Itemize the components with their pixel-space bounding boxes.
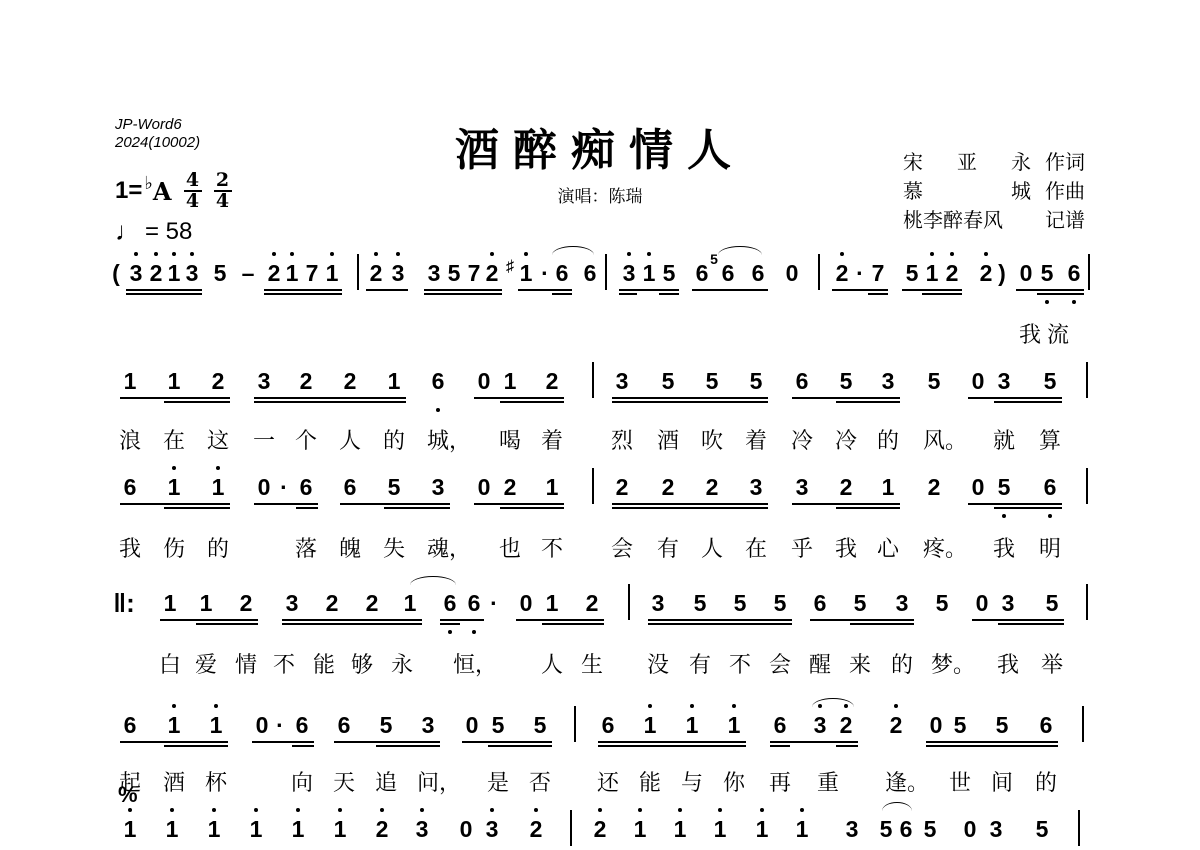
rhythm-underline — [264, 293, 342, 295]
note: 6 — [791, 366, 813, 396]
lyric-syllable: 冷 — [787, 424, 817, 455]
lyric-syllable: 不 — [269, 648, 299, 679]
tempo-marking: ♩ = 58 — [115, 216, 192, 247]
note: 3 — [618, 258, 640, 288]
note: 5 — [375, 710, 397, 740]
note: 5 — [487, 710, 509, 740]
note: 3 — [985, 814, 1007, 844]
note: 5 — [931, 588, 953, 618]
octave-up-dot — [678, 808, 682, 812]
rhythm-underline — [612, 397, 768, 399]
rhythm-underline — [164, 401, 230, 403]
barline — [574, 706, 576, 742]
note: 2 — [371, 814, 393, 844]
note: 1 — [321, 258, 343, 288]
barline — [1086, 362, 1088, 398]
note: 1 — [119, 366, 141, 396]
rhythm-underline — [376, 741, 440, 743]
note: 2 — [835, 472, 857, 502]
barline — [1078, 810, 1080, 846]
slur-arc — [552, 246, 594, 255]
staff-line-6: 111111230322111113565035% — [112, 814, 1092, 850]
note: 5 — [919, 814, 941, 844]
octave-up-dot — [648, 704, 652, 708]
note: 3 — [997, 588, 1019, 618]
lyric-syllable: 逢。 — [885, 766, 929, 797]
staff-line-2: 1123221601235556535035浪在这一个人的城，喝着烈酒吹着冷冷的… — [112, 366, 1092, 406]
lyric-syllable: 会 — [765, 648, 795, 679]
rhythm-underline — [868, 289, 888, 291]
rhythm-underline — [868, 293, 888, 295]
lyric-syllable: 的 — [203, 532, 233, 563]
rhythm-underline — [836, 401, 900, 403]
note: 0 — [473, 472, 495, 502]
lyric-syllable: 有 — [653, 532, 683, 563]
note: 0 — [971, 588, 993, 618]
rhythm-underline — [850, 619, 914, 621]
rhythm-underline — [994, 503, 1062, 505]
tempo-value: = 58 — [145, 218, 192, 246]
lyric-syllable: 的 — [379, 424, 409, 455]
lyric-syllable: 能 — [635, 766, 665, 797]
note: 5 — [529, 710, 551, 740]
note: 1 — [163, 366, 185, 396]
key-signature: 1= ♭ A 4 4 2 4 — [115, 172, 232, 210]
time-den: 4 — [186, 193, 199, 210]
note: 1 — [163, 710, 185, 740]
octave-down-dot — [1048, 514, 1052, 518]
note: 1 — [205, 710, 227, 740]
barline — [592, 468, 594, 504]
barline — [1086, 584, 1088, 620]
note: 0 — [1015, 258, 1037, 288]
rhythm-underline — [542, 623, 604, 625]
rhythm-underline — [922, 293, 962, 295]
note: 1 — [541, 472, 563, 502]
note: 5 — [729, 588, 751, 618]
lyric-syllable: 有 — [685, 648, 715, 679]
lyric-syllable: 浪 — [115, 424, 145, 455]
note: 5 — [875, 814, 897, 844]
credits-block: 宋亚永 作词 慕城 作曲 桃李醉春风 记谱 — [903, 148, 1085, 235]
note: 5 — [769, 588, 791, 618]
octave-down-dot — [1002, 514, 1006, 518]
octave-up-dot — [272, 252, 276, 256]
note: 3 — [791, 472, 813, 502]
rhythm-underline — [836, 397, 900, 399]
note: 6 — [1039, 472, 1061, 502]
octave-up-dot — [214, 704, 218, 708]
octave-up-dot — [374, 252, 378, 256]
barline — [1086, 468, 1088, 504]
note: 1 — [541, 588, 563, 618]
note: 1 — [287, 814, 309, 844]
notation-symbol: · — [483, 588, 505, 618]
note: 5 — [689, 588, 711, 618]
note: 1 — [329, 814, 351, 844]
note: 5 — [657, 366, 679, 396]
rhythm-underline — [196, 619, 258, 621]
lyric-syllable: 重 — [813, 766, 843, 797]
lyric-syllable: 酒 — [159, 766, 189, 797]
time-num: 4 — [186, 172, 199, 189]
note: 5 — [443, 258, 465, 288]
octave-up-dot — [800, 808, 804, 812]
note: 2 — [657, 472, 679, 502]
lyric-syllable: 天 — [329, 766, 359, 797]
note: 2 — [923, 472, 945, 502]
rhythm-underline — [994, 397, 1062, 399]
rhythm-underline — [488, 745, 552, 747]
note: 2 — [835, 710, 857, 740]
note: 0 — [781, 258, 803, 288]
note: 6 — [427, 366, 449, 396]
note: 1 — [245, 814, 267, 844]
note: 2 — [207, 366, 229, 396]
time-signature-4-4: 4 4 — [184, 172, 202, 210]
rhythm-underline — [196, 623, 258, 625]
slur-arc — [882, 802, 912, 811]
time-signature-2-4: 2 4 — [214, 172, 232, 210]
rhythm-underline — [998, 623, 1064, 625]
lyric-syllable: 你 — [719, 766, 749, 797]
lyric-syllable: 恒， — [453, 648, 497, 679]
note: 1 — [499, 366, 521, 396]
octave-up-dot — [172, 466, 176, 470]
rhythm-underline — [424, 289, 502, 291]
note: 5 — [993, 472, 1015, 502]
lyric-syllable: 的 — [873, 424, 903, 455]
octave-down-dot — [436, 408, 440, 412]
octave-up-dot — [490, 808, 494, 812]
lyric-syllable: 流 — [1043, 318, 1073, 349]
note: 0 — [967, 366, 989, 396]
note: 1 — [207, 472, 229, 502]
lyric-syllable: 烈 — [607, 424, 637, 455]
time-den: 4 — [216, 193, 229, 210]
note: 3 — [481, 814, 503, 844]
note: 1 — [399, 588, 421, 618]
octave-up-dot — [338, 808, 342, 812]
note: 6 — [895, 814, 917, 844]
octave-down-dot — [448, 630, 452, 634]
rhythm-underline — [264, 289, 342, 291]
rhythm-underline — [126, 293, 202, 295]
note: 3 — [841, 814, 863, 844]
notation-symbol: · — [269, 710, 291, 740]
note: 6 — [439, 588, 461, 618]
lyric-syllable: 人 — [697, 532, 727, 563]
note: 2 — [339, 366, 361, 396]
note: 2 — [589, 814, 611, 844]
flat-icon: ♭ — [144, 173, 153, 194]
lyric-syllable: 人 — [335, 424, 365, 455]
rhythm-underline — [1037, 293, 1084, 295]
lyric-syllable: 情 — [231, 648, 261, 679]
lyric-syllable: 在 — [159, 424, 189, 455]
note: 6 — [769, 710, 791, 740]
credit-role: 记谱 — [1045, 206, 1085, 235]
lyric-syllable: 酒 — [653, 424, 683, 455]
slur-arc — [812, 698, 854, 707]
notation-symbol: ‖: — [109, 588, 139, 618]
staff-line-5: 6110·6653055611163220556起酒杯向天追问，是否还能与你再重… — [112, 710, 1092, 750]
octave-up-dot — [396, 252, 400, 256]
lyric-syllable: 不 — [537, 532, 567, 563]
note: 3 — [809, 710, 831, 740]
notation-symbol: ( — [105, 258, 127, 288]
octave-up-dot — [690, 704, 694, 708]
note: 1 — [195, 588, 217, 618]
lyric-syllable: 也 — [495, 532, 525, 563]
lyric-syllable: 我 — [1015, 318, 1045, 349]
barline — [1082, 706, 1084, 742]
rhythm-underline — [440, 619, 460, 621]
note: 3 — [417, 710, 439, 740]
barline — [357, 254, 359, 290]
note: 6 — [291, 710, 313, 740]
note: 6 — [747, 258, 769, 288]
lyric-syllable: 再 — [765, 766, 795, 797]
note: 2 — [541, 366, 563, 396]
note: 6 — [1035, 710, 1057, 740]
octave-up-dot — [330, 252, 334, 256]
rhythm-underline — [500, 401, 564, 403]
octave-up-dot — [894, 704, 898, 708]
barline — [592, 362, 594, 398]
note: 3 — [891, 588, 913, 618]
octave-up-dot — [930, 252, 934, 256]
note: 0 — [473, 366, 495, 396]
octave-up-dot — [647, 252, 651, 256]
lyric-syllable: 能 — [309, 648, 339, 679]
lyric-syllable: 风。 — [923, 424, 967, 455]
octave-up-dot — [490, 252, 494, 256]
barline — [818, 254, 820, 290]
barline — [605, 254, 607, 290]
note: 2 — [235, 588, 257, 618]
rhythm-underline — [164, 397, 230, 399]
octave-up-dot — [216, 466, 220, 470]
note: 5 — [991, 710, 1013, 740]
lyric-syllable: 心 — [873, 532, 903, 563]
note: 0 — [253, 472, 275, 502]
note: 3 — [427, 472, 449, 502]
rhythm-underline — [292, 741, 314, 743]
lyric-syllable: 的 — [887, 648, 917, 679]
octave-up-dot — [190, 252, 194, 256]
note: 6 — [119, 472, 141, 502]
octave-up-dot — [380, 808, 384, 812]
rhythm-underline — [659, 289, 679, 291]
note: 1 — [629, 814, 651, 844]
note: 1 — [751, 814, 773, 844]
rhythm-underline — [836, 741, 858, 743]
notation-symbol: · — [273, 472, 295, 502]
lyric-syllable: 不 — [725, 648, 755, 679]
rhythm-underline — [282, 623, 422, 625]
rhythm-underline — [254, 401, 406, 403]
rhythm-underline — [500, 397, 564, 399]
rhythm-underline — [692, 289, 768, 291]
octave-up-dot — [638, 808, 642, 812]
lyric-syllable: 魄 — [335, 532, 365, 563]
lyric-syllable: 爱 — [191, 648, 221, 679]
note: 0 — [967, 472, 989, 502]
lyric-syllable: 算 — [1035, 424, 1065, 455]
octave-up-dot — [627, 252, 631, 256]
lyric-syllable: 追 — [371, 766, 401, 797]
lyric-syllable: 魂， — [427, 532, 471, 563]
segno-icon: % — [118, 782, 138, 808]
lyric-syllable: 我 — [993, 648, 1023, 679]
note: 3 — [647, 588, 669, 618]
rhythm-underline — [922, 289, 962, 291]
rhythm-underline — [926, 741, 1058, 743]
octave-down-dot — [472, 630, 476, 634]
note: 3 — [387, 258, 409, 288]
note: 1 — [791, 814, 813, 844]
note: 1 — [921, 258, 943, 288]
grace-note: 5 — [703, 244, 725, 274]
note: 2 — [701, 472, 723, 502]
rhythm-underline — [384, 507, 450, 509]
note: 5 — [849, 588, 871, 618]
octave-up-dot — [732, 704, 736, 708]
staff-line-4: ‖:112322166·01235556535035白爱情不能够永恒，人生没有不… — [112, 588, 1092, 628]
rhythm-underline — [488, 741, 552, 743]
note: 1 — [723, 710, 745, 740]
lyric-syllable: 否 — [525, 766, 555, 797]
note: 5 — [923, 366, 945, 396]
rhythm-underline — [376, 745, 440, 747]
octave-up-dot — [598, 808, 602, 812]
lyric-syllable: 向 — [287, 766, 317, 797]
key-note: A — [153, 177, 172, 206]
lyric-syllable: 白 — [155, 648, 185, 679]
lyric-syllable: 伤 — [159, 532, 189, 563]
octave-up-dot — [134, 252, 138, 256]
octave-up-dot — [420, 808, 424, 812]
note: 2 — [321, 588, 343, 618]
lyric-syllable: 问， — [417, 766, 461, 797]
note: 3 — [745, 472, 767, 502]
note: 5 — [1031, 814, 1053, 844]
octave-up-dot — [840, 252, 844, 256]
rhythm-underline — [598, 745, 746, 747]
octave-up-dot — [718, 808, 722, 812]
lyric-syllable: 还 — [593, 766, 623, 797]
rhythm-underline — [619, 289, 637, 291]
note: 5 — [701, 366, 723, 396]
credit-role: 作词 — [1045, 148, 1085, 177]
lyric-syllable: 人 — [537, 648, 567, 679]
barline — [1088, 254, 1090, 290]
quarter-note-icon: ♩ — [115, 216, 141, 247]
rhythm-underline — [1037, 289, 1084, 291]
lyric-syllable: 着 — [537, 424, 567, 455]
lyric-syllable: 举 — [1037, 648, 1067, 679]
rhythm-underline — [770, 745, 790, 747]
barline — [628, 584, 630, 620]
rhythm-underline — [254, 397, 406, 399]
note: 5 — [1039, 366, 1061, 396]
note: 2 — [499, 472, 521, 502]
lyric-syllable: 会 — [607, 532, 637, 563]
lyric-syllable: 永 — [387, 648, 417, 679]
rhythm-underline — [500, 507, 564, 509]
note: 5 — [1041, 588, 1063, 618]
rhythm-underline — [126, 289, 202, 291]
note: 1 — [669, 814, 691, 844]
note: 3 — [125, 258, 147, 288]
lyric-syllable: 个 — [291, 424, 321, 455]
note: 1 — [383, 366, 405, 396]
note: 6 — [579, 258, 601, 288]
octave-down-dot — [1072, 300, 1076, 304]
rhythm-underline — [850, 623, 914, 625]
lyric-syllable: 疼。 — [923, 532, 967, 563]
notation-symbol: – — [237, 258, 259, 288]
note: 1 — [709, 814, 731, 844]
note: 2 — [941, 258, 963, 288]
note: 1 — [638, 258, 660, 288]
note: 1 — [161, 814, 183, 844]
note: 3 — [877, 366, 899, 396]
time-num: 2 — [216, 172, 229, 189]
rhythm-underline — [292, 745, 314, 747]
note: 1 — [203, 814, 225, 844]
staff-line-1: (32135–2171233572♯1·6631566602·75122)056… — [112, 258, 1092, 298]
octave-up-dot — [524, 252, 528, 256]
note: 6 — [551, 258, 573, 288]
octave-down-dot — [1045, 300, 1049, 304]
credit-name: 桃李醉春风 — [903, 206, 1031, 235]
note: 6 — [809, 588, 831, 618]
octave-up-dot — [760, 808, 764, 812]
slur-arc — [410, 576, 456, 585]
note: 1 — [877, 472, 899, 502]
rhythm-underline — [440, 623, 460, 625]
note: 1 — [639, 710, 661, 740]
rhythm-underline — [296, 507, 318, 509]
lyric-syllable: 够 — [347, 648, 377, 679]
rhythm-underline — [836, 745, 858, 747]
lyric-syllable: 是 — [483, 766, 513, 797]
note: 0 — [461, 710, 483, 740]
rhythm-underline — [164, 507, 230, 509]
staff-line-3: 6110·665302122233212056我伤的落魄失魂，也不会有人在乎我心… — [112, 472, 1092, 512]
lyric-syllable: 明 — [1035, 532, 1065, 563]
rhythm-underline — [836, 507, 900, 509]
note: 1 — [681, 710, 703, 740]
note: 3 — [411, 814, 433, 844]
octave-up-dot — [254, 808, 258, 812]
note: 5 — [901, 258, 923, 288]
note: 5 — [835, 366, 857, 396]
octave-up-dot — [172, 704, 176, 708]
lyric-syllable: 乎 — [787, 532, 817, 563]
octave-up-dot — [154, 252, 158, 256]
lyric-syllable: 与 — [677, 766, 707, 797]
rhythm-underline — [296, 503, 318, 505]
note: 2 — [581, 588, 603, 618]
notation-symbol: ) — [991, 258, 1013, 288]
rhythm-underline — [366, 289, 408, 291]
lyric-syllable: 着 — [741, 424, 771, 455]
octave-up-dot — [296, 808, 300, 812]
lyric-syllable: 间 — [987, 766, 1017, 797]
